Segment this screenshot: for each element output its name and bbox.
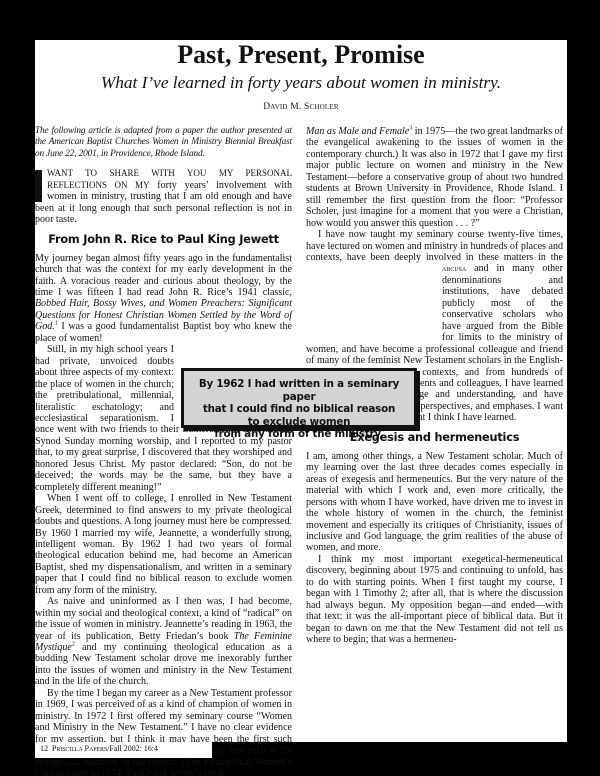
document-page: Past, Present, Promise What I’ve learned… xyxy=(35,40,567,742)
book-title: Man as Male and Female xyxy=(306,126,409,137)
opening-paragraph: WANT TO SHARE WITH YOU MY PERSONAL REFLE… xyxy=(35,168,292,225)
pull-quote-line: that I could find no biblical reason xyxy=(184,403,414,416)
body-paragraph: As naive and uninformed as I then was, I… xyxy=(35,596,292,688)
article-title: Past, Present, Promise xyxy=(35,40,567,70)
abcusa-acronym: abcusa xyxy=(442,263,466,273)
page-footer: 12 Priscilla Papers/Fall 2002: 16:4 xyxy=(40,744,158,753)
page-number: 12 xyxy=(40,744,48,753)
body-paragraph: I am, among other things, a New Testamen… xyxy=(306,451,563,554)
pull-quote-box: By 1962 I had written in a seminary pape… xyxy=(181,368,417,428)
author-byline: David M. Scholer xyxy=(35,102,567,112)
drop-cap-i xyxy=(35,170,42,202)
publication-name: Priscilla Papers xyxy=(52,744,107,753)
pull-quote-line: from any form of the ministry. xyxy=(184,428,414,441)
body-paragraph: When I went off to college, I enrolled i… xyxy=(35,493,292,596)
body-paragraph: My journey began almost fifty years ago … xyxy=(35,253,292,345)
left-column: The following article is adapted from a … xyxy=(35,126,292,776)
body-paragraph-continued: By the time I began my career as a New T… xyxy=(35,688,292,776)
pull-quote-line: By 1962 I had written in a seminary pape… xyxy=(184,378,414,403)
issue-info: /Fall 2002: 16:4 xyxy=(107,744,158,753)
article-subtitle: What I’ve learned in forty years about w… xyxy=(35,73,567,93)
pull-quote-wrap-space xyxy=(306,263,442,343)
pull-quote-line: to exclude women xyxy=(184,416,414,429)
intro-note: The following article is adapted from a … xyxy=(35,126,292,160)
body-paragraph: I think my most important exegetical-her… xyxy=(306,554,563,646)
section-heading-1: From John R. Rice to Paul King Jewett xyxy=(35,233,292,246)
body-paragraph-continuation: Man as Male and Female3 in 1975—the two … xyxy=(306,126,563,229)
